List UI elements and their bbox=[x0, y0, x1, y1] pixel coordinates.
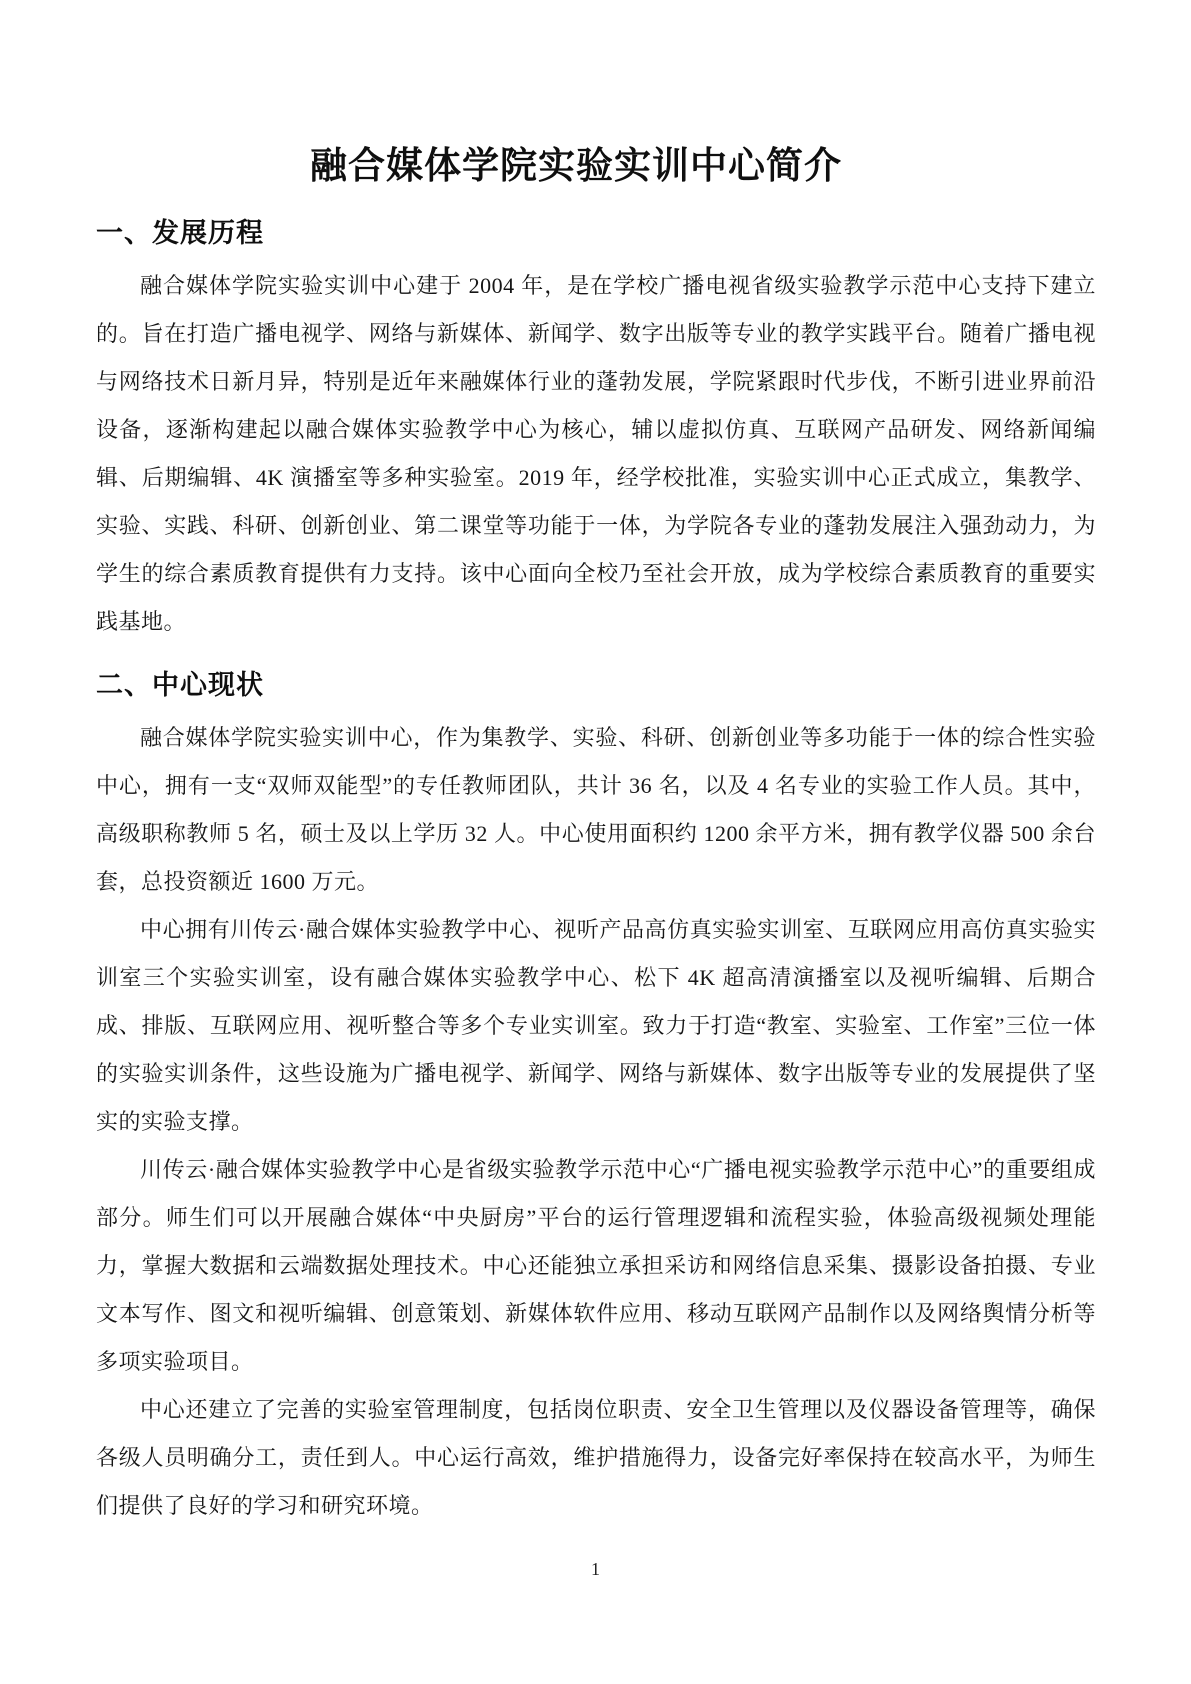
section-heading-development-history: 一、发展历程 bbox=[96, 214, 1096, 252]
document-content: 融合媒体学院实验实训中心简介 一、发展历程 融合媒体学院实验实训中心建于 200… bbox=[0, 0, 1191, 1530]
paragraph-center-facilities: 中心拥有川传云·融合媒体实验教学中心、视听产品高仿真实验实训室、互联网应用高仿真… bbox=[96, 906, 1096, 1146]
paragraph-development-history: 融合媒体学院实验实训中心建于 2004 年，是在学校广播电视省级实验教学示范中心… bbox=[96, 262, 1096, 646]
document-page: 融合媒体学院实验实训中心简介 一、发展历程 融合媒体学院实验实训中心建于 200… bbox=[0, 0, 1191, 1684]
page-number: 1 bbox=[0, 1556, 1191, 1582]
paragraph-center-status-overview: 融合媒体学院实验实训中心，作为集教学、实验、科研、创新创业等多功能于一体的综合性… bbox=[96, 714, 1096, 906]
section-heading-center-status: 二、中心现状 bbox=[96, 666, 1096, 704]
paragraph-lab-management: 中心还建立了完善的实验室管理制度，包括岗位职责、安全卫生管理以及仪器设备管理等，… bbox=[96, 1386, 1096, 1530]
document-title: 融合媒体学院实验实训中心简介 bbox=[96, 140, 1096, 194]
paragraph-teaching-center-role: 川传云·融合媒体实验教学中心是省级实验教学示范中心“广播电视实验教学示范中心”的… bbox=[96, 1146, 1096, 1386]
